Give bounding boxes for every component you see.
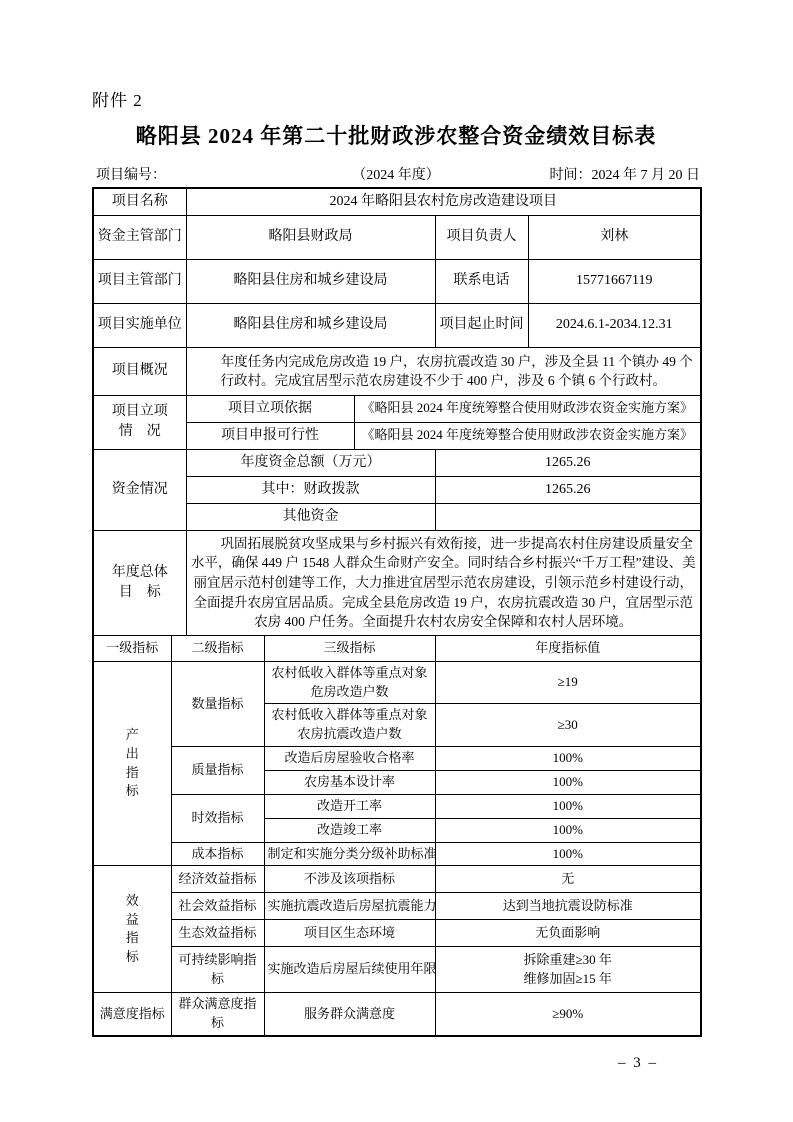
funds-fiscal-label: 其中：财政拨款: [186, 476, 435, 503]
indicator-l3-cell: 改造竣工率: [264, 818, 435, 842]
economic-benefit-label: 经济效益指标: [171, 866, 264, 893]
indicator-row: 生态效益指标 项目区生态环境 无负面影响: [93, 920, 701, 947]
page-title: 略阳县 2024 年第二十批财政涉农整合资金绩效目标表: [92, 123, 700, 150]
indicator-value-cell: 100%: [435, 818, 701, 842]
fund-dept-value: 略阳县财政局: [186, 215, 435, 259]
indicator-l3-cell: 改造开工率: [264, 794, 435, 818]
indicator-l3-cell: 实施抗震改造后房屋抗震能力: [264, 893, 435, 920]
indicator-row: 可持续影响指标 实施改造后房屋后续使用年限 拆除重建≥30 年 维修加固≥15 …: [93, 947, 701, 993]
performance-target-table: 项目名称 2024 年略阳县农村危房改造建设项目 资金主管部门 略阳县财政局 项…: [92, 187, 702, 1037]
project-period-label: 项目起止时间: [435, 303, 528, 347]
indicator-value-cell: 100%: [435, 842, 701, 866]
indicator-row: 社会效益指标 实施抗震改造后房屋抗震能力 达到当地抗震设防标准: [93, 893, 701, 920]
cost-indicator-label: 成本指标: [171, 842, 264, 866]
indicator-row: 满意度指标 群众满意度指标 服务群众满意度 ≥90%: [93, 993, 701, 1036]
satisfaction-l2-label: 群众满意度指标: [171, 993, 264, 1036]
project-leader-value: 刘林: [528, 215, 701, 259]
page-number: – 3 –: [92, 1055, 700, 1072]
header-level2: 二级指标: [171, 635, 264, 661]
overview-label: 项目概况: [93, 347, 186, 395]
indicator-l3-cell: 农村低收入群体等重点对象农房抗震改造户数: [264, 704, 435, 747]
table-row: 年度总体 目 标 巩固拓展脱贫攻坚成果与乡村振兴有效衔接，进一步提高农村住房建设…: [93, 530, 701, 635]
indicator-l3-cell: 项目区生态环境: [264, 920, 435, 947]
quantity-indicator-label: 数量指标: [171, 661, 264, 746]
annual-goal-value: 巩固拓展脱贫攻坚成果与乡村振兴有效衔接，进一步提高农村住房建设质量安全水平，确保…: [186, 530, 701, 635]
annual-goal-label: 年度总体 目 标: [93, 530, 186, 635]
indicator-l3-cell: 不涉及该项指标: [264, 866, 435, 893]
indicator-value-cell: 拆除重建≥30 年 维修加固≥15 年: [435, 947, 701, 993]
indicator-value-cell: 100%: [435, 794, 701, 818]
indicator-l3-cell: 服务群众满意度: [264, 993, 435, 1036]
indicator-l3-cell: 农村低收入群体等重点对象危房改造户数: [264, 661, 435, 704]
indicator-row: 时效指标 改造开工率 100%: [93, 794, 701, 818]
indicator-value-cell: ≥30: [435, 704, 701, 747]
project-dept-value: 略阳县住房和城乡建设局: [186, 259, 435, 303]
eco-benefit-label: 生态效益指标: [171, 920, 264, 947]
project-name-value: 2024 年略阳县农村危房改造建设项目: [186, 188, 701, 215]
funds-total-label: 年度资金总额（万元）: [186, 449, 435, 476]
approval-feasibility-label: 项目申报可行性: [186, 422, 354, 449]
impl-unit-label: 项目实施单位: [93, 303, 186, 347]
indicator-value-cell: 无: [435, 866, 701, 893]
project-dept-label: 项目主管部门: [93, 259, 186, 303]
impl-unit-value: 略阳县住房和城乡建设局: [186, 303, 435, 347]
indicator-l3-cell: 实施改造后房屋后续使用年限: [264, 947, 435, 993]
output-group-label: 产 出 指 标: [93, 661, 171, 866]
project-leader-label: 项目负责人: [435, 215, 528, 259]
indicator-header-row: 一级指标 二级指标 三级指标 年度指标值: [93, 635, 701, 661]
project-name-label: 项目名称: [93, 188, 186, 215]
overview-value: 年度任务内完成危房改造 19 户，农房抗震改造 30 户，涉及全县 11 个镇办…: [186, 347, 701, 395]
indicator-l3-cell: 制定和实施分类分级补助标准: [264, 842, 435, 866]
sustainability-label: 可持续影响指标: [171, 947, 264, 993]
social-benefit-label: 社会效益指标: [171, 893, 264, 920]
indicator-l3-cell: 改造后房屋验收合格率: [264, 747, 435, 771]
header-level1: 一级指标: [93, 635, 171, 661]
indicator-value-cell: ≥19: [435, 661, 701, 704]
attachment-label: 附件 2: [92, 86, 700, 111]
header-level3: 三级指标: [264, 635, 435, 661]
indicator-value-cell: 达到当地抗震设防标准: [435, 893, 701, 920]
indicator-value-cell: 100%: [435, 771, 701, 795]
table-row: 资金主管部门 略阳县财政局 项目负责人 刘林: [93, 215, 701, 259]
project-period-value: 2024.6.1-2034.12.31: [528, 303, 701, 347]
timeliness-indicator-label: 时效指标: [171, 794, 264, 842]
table-row: 项目立项 情 况 项目立项依据 《略阳县 2024 年度统筹整合使用财政涉农资金…: [93, 395, 701, 422]
approval-basis-value: 《略阳县 2024 年度统筹整合使用财政涉农资金实施方案》: [354, 395, 701, 422]
funds-total-value: 1265.26: [435, 449, 701, 476]
table-row: 项目主管部门 略阳县住房和城乡建设局 联系电话 15771667119: [93, 259, 701, 303]
table-row: 项目概况 年度任务内完成危房改造 19 户，农房抗震改造 30 户，涉及全县 1…: [93, 347, 701, 395]
funds-fiscal-value: 1265.26: [435, 476, 701, 503]
indicator-row: 成本指标 制定和实施分类分级补助标准 100%: [93, 842, 701, 866]
indicator-value-cell: ≥90%: [435, 993, 701, 1036]
indicator-l3-cell: 农房基本设计率: [264, 771, 435, 795]
contact-phone-value: 15771667119: [528, 259, 701, 303]
approval-feasibility-value: 《略阳县 2024 年度统筹整合使用财政涉农资金实施方案》: [354, 422, 701, 449]
fund-dept-label: 资金主管部门: [93, 215, 186, 259]
indicator-row: 产 出 指 标 数量指标 农村低收入群体等重点对象危房改造户数 ≥19: [93, 661, 701, 704]
table-row: 项目实施单位 略阳县住房和城乡建设局 项目起止时间 2024.6.1-2034.…: [93, 303, 701, 347]
quality-indicator-label: 质量指标: [171, 747, 264, 795]
indicator-row: 效 益 指 标 经济效益指标 不涉及该项指标 无: [93, 866, 701, 893]
indicator-row: 质量指标 改造后房屋验收合格率 100%: [93, 747, 701, 771]
approval-basis-label: 项目立项依据: [186, 395, 354, 422]
table-row: 资金情况 年度资金总额（万元） 1265.26: [93, 449, 701, 476]
approval-group-label: 项目立项 情 况: [93, 395, 186, 449]
table-row: 项目名称 2024 年略阳县农村危房改造建设项目: [93, 188, 701, 215]
funds-other-label: 其他资金: [186, 503, 435, 530]
date-label: 时间：2024 年 7 月 20 日: [550, 164, 701, 184]
contact-phone-label: 联系电话: [435, 259, 528, 303]
indicator-value-cell: 无负面影响: [435, 920, 701, 947]
benefit-group-label: 效 益 指 标: [93, 866, 171, 993]
header-annual-value: 年度指标值: [435, 635, 701, 661]
document-page: 附件 2 略阳县 2024 年第二十批财政涉农整合资金绩效目标表 项目编号： （…: [0, 0, 793, 1072]
funds-other-value: [435, 503, 701, 530]
funds-group-label: 资金情况: [93, 449, 186, 530]
meta-row: 项目编号： （2024 年度） 时间：2024 年 7 月 20 日: [92, 164, 700, 184]
satisfaction-group-label: 满意度指标: [93, 993, 171, 1036]
indicator-value-cell: 100%: [435, 747, 701, 771]
